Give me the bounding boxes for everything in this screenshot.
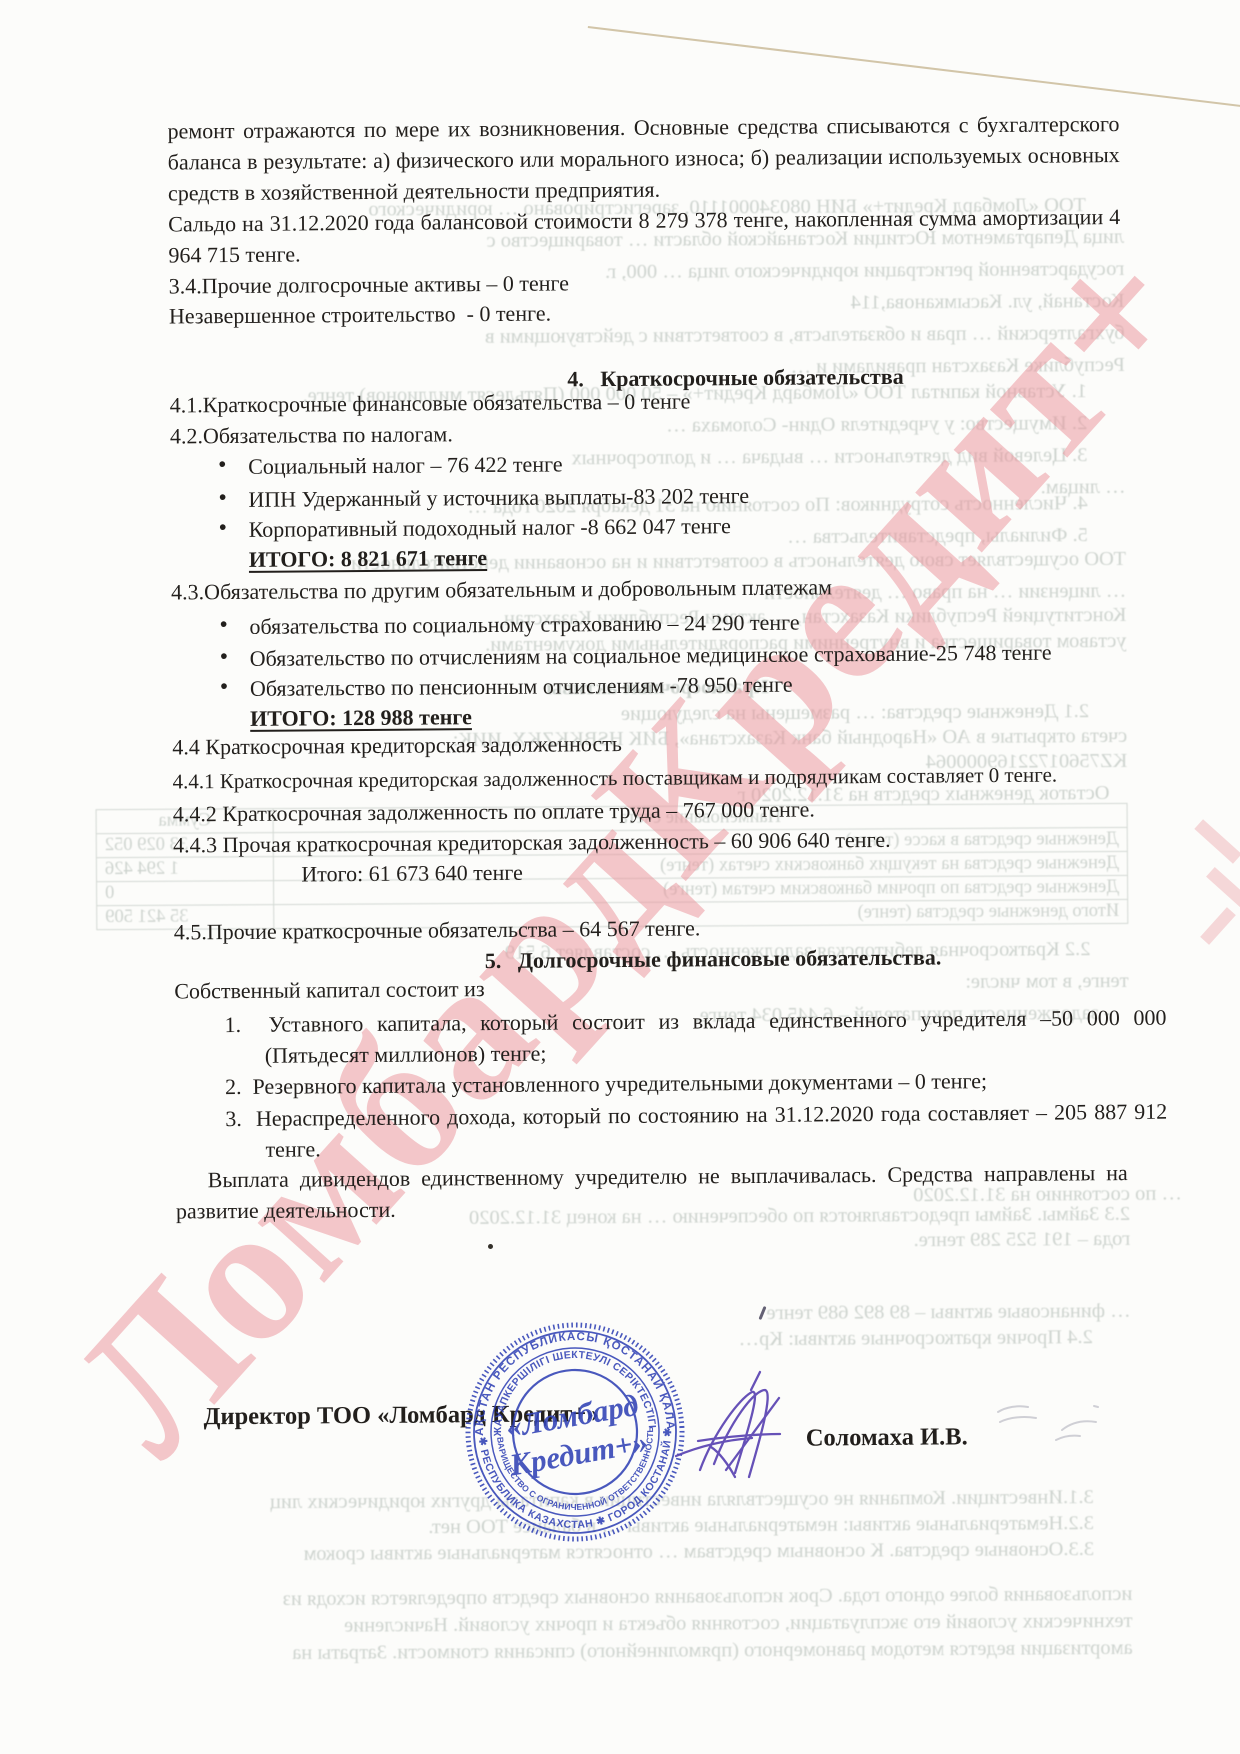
text-line: ИТОГО: 8 821 671 тенге <box>249 542 487 575</box>
scanned-document-page: ТОО «Ломбард Кредит+» БИН 080340001110, … <box>0 0 1240 1754</box>
text-line: 4.4.1 Краткосрочная кредиторская задолже… <box>172 759 1128 798</box>
text-line: 1. Уставного капитала, который состоит и… <box>224 1002 1166 1071</box>
signatory-name: Соломаха И.В. <box>806 1421 968 1453</box>
text-line: Сальдо на 31.12.2020 года балансовой сто… <box>168 201 1120 270</box>
text-line: 4.5.Прочие краткосрочные обязательства –… <box>174 912 701 947</box>
text-line: Обязательство по отчислениям на социальн… <box>216 637 1052 675</box>
ink-speck <box>488 1244 493 1249</box>
text-line: 4.4.3 Прочая краткосрочная кредиторская … <box>173 824 891 861</box>
text-line: Итого: 61 673 640 тенге <box>301 857 523 890</box>
text-line: Обязательство по пенсионным отчислениям … <box>216 669 793 705</box>
text-line: Социальный налог – 76 422 тенге <box>214 448 563 482</box>
text-line: Собственный капитал состоит из <box>174 973 485 1006</box>
text-line: Корпоративный подоходный налог -8 662 04… <box>215 510 731 545</box>
text-line: 4.4 Краткосрочная кредиторская задолженн… <box>172 728 622 763</box>
text-line: 4.4.2 Краткосрочная задолженность по опл… <box>173 793 815 829</box>
company-seal-stamp: ҚАЗАҚСТАН РЕСПУБЛИКАСЫ ҚОСТАНАЙ ҚАЛАСЫ ✱… <box>438 1295 711 1568</box>
text-line: ремонт отражаются по мере их возникновен… <box>167 108 1120 208</box>
text-line: Незавершенное строительство - 0 тенге. <box>169 298 551 332</box>
text-line: Выплата дивидендов единственному учредит… <box>176 1157 1128 1226</box>
text-line: 4.1.Краткосрочные финансовые обязательст… <box>170 385 691 420</box>
text-line: 3.4.Прочие долгосрочные активы – 0 тенге <box>169 267 570 301</box>
text-line: 3. Нераспределенного дохода, который по … <box>225 1096 1167 1165</box>
text-line: 4.3.Обязательства по другим обязательным… <box>171 571 832 607</box>
text-line: 5. Долгосрочные финансовые обязательства… <box>237 940 1189 978</box>
text-line: обязательства по социальному страхованию… <box>215 607 799 643</box>
text-line: 4.2.Обязательства по налогам. <box>170 418 453 451</box>
